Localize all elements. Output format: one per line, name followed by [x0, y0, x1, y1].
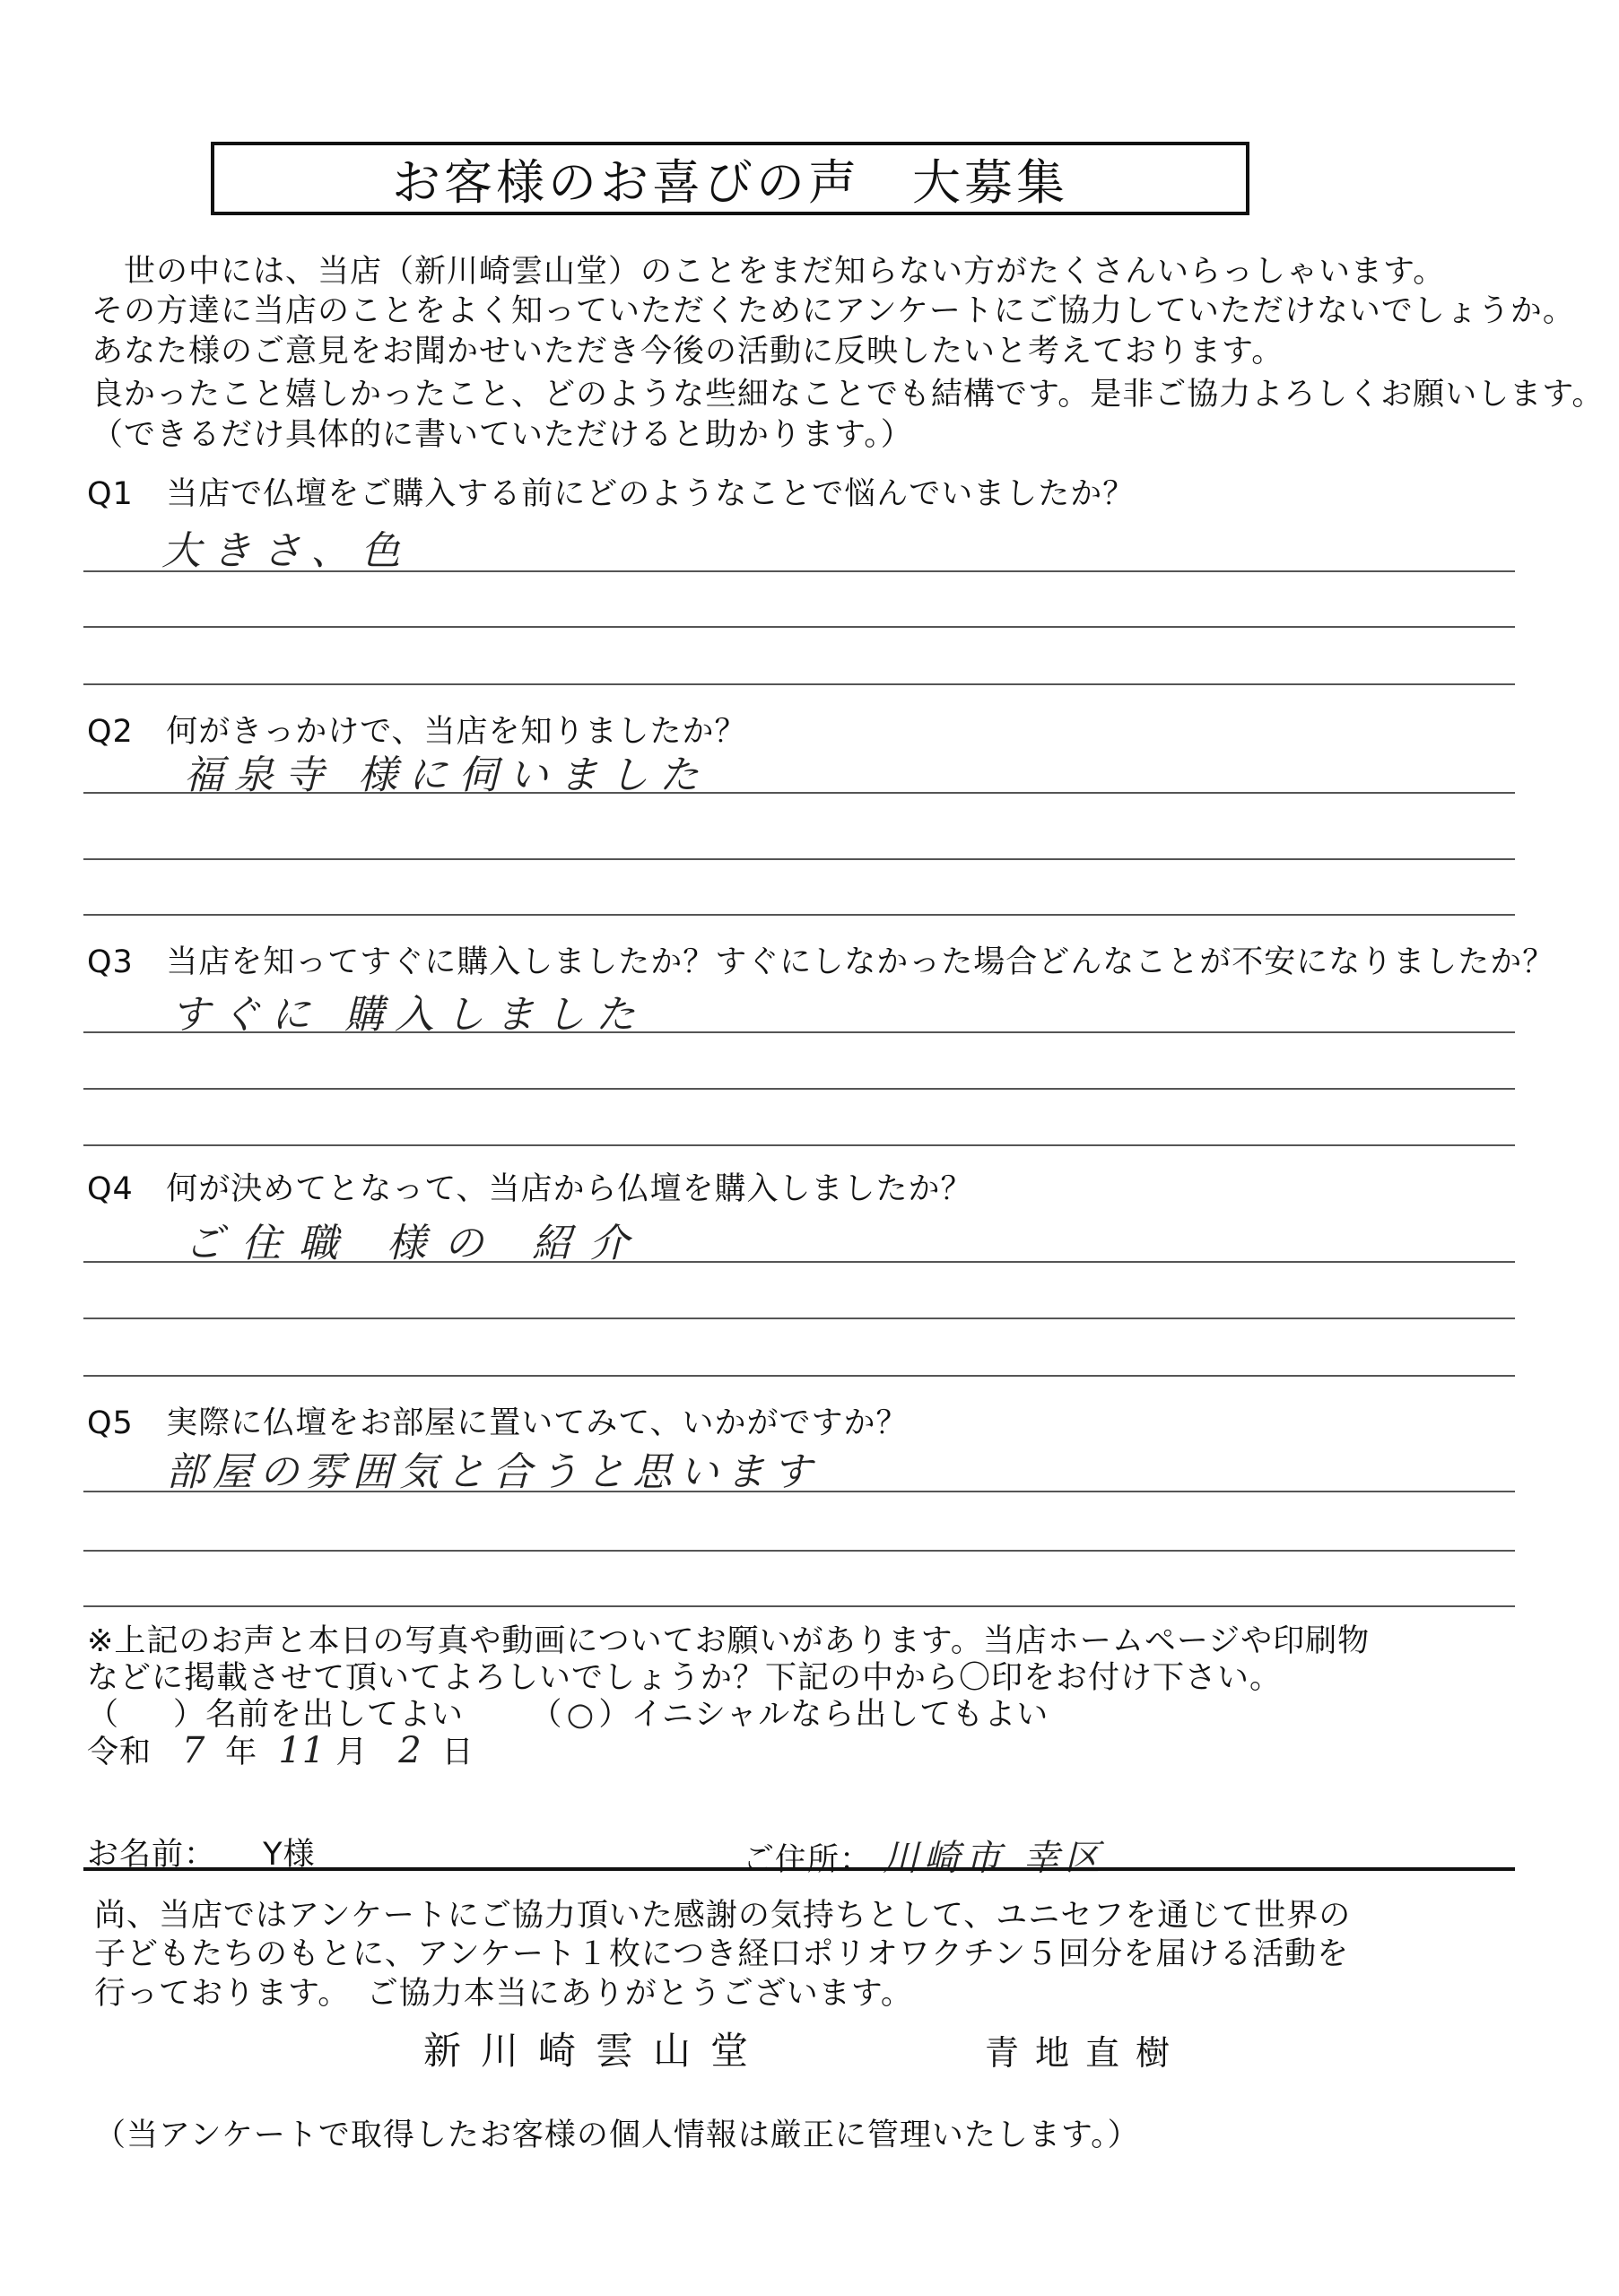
date-month[interactable]: 11 [268, 1730, 335, 1771]
date-year-unit: 年 [225, 1735, 257, 1770]
intro-line-5: （できるだけ具体的に書いていただけると助かります。） [91, 415, 913, 456]
consent-initial-mark[interactable]: ○ [562, 1697, 598, 1733]
answer-line [83, 792, 1515, 794]
date-month-unit: 月 [335, 1735, 368, 1770]
title-box: お客様のお喜びの声 大募集 [211, 142, 1249, 215]
intro-line-4: 良かったこと嬉しかったこと、どのような些細なことでも結構です。是非ご協力よろしく… [91, 375, 1604, 415]
question-number: Q5 [87, 1405, 134, 1441]
question-1: Q1 当店で仏壇をご購入する前にどのようなことで悩んでいましたか？ [87, 469, 1135, 514]
date-day-unit: 日 [441, 1735, 474, 1770]
date-day[interactable]: 2 [379, 1730, 441, 1771]
answer-line [83, 1375, 1515, 1377]
answer-line [83, 1318, 1515, 1319]
answer-5[interactable]: 部屋の雰囲気と合うと思います [166, 1439, 819, 1497]
consent-option-initial[interactable]: （○）イニシャルなら出してもよい [530, 1697, 1049, 1733]
date-line: 令和 7年 11月 2日 [87, 1727, 474, 1772]
intro-line-1: 世の中には、当店（新川崎雲山堂）のことをまだ知らない方がたくさんいらっしゃいます… [91, 252, 1445, 292]
answer-line [83, 1261, 1515, 1263]
signer-name: 青地直樹 [985, 2025, 1186, 2074]
address-label: ご住所： [743, 1842, 872, 1878]
shop-name: 新川崎雲山堂 [423, 2022, 768, 2075]
question-number: Q1 [87, 476, 134, 512]
privacy-note: （当アンケートで取得したお客様の個人情報は厳正に管理いたします。） [94, 2110, 1140, 2155]
answer-line [83, 1605, 1515, 1607]
question-number: Q2 [87, 714, 134, 750]
answer-line [83, 570, 1515, 572]
answer-line [83, 1144, 1515, 1146]
question-4: Q4 何が決めてとなって、当店から仏壇を購入しましたか？ [87, 1164, 973, 1209]
date-era: 令和 [87, 1735, 152, 1770]
question-text: 実際に仏壇をお部屋に置いてみて、いかがですか？ [166, 1405, 908, 1441]
question-3: Q3 当店を知ってすぐに購入しましたか？すぐにしなかった場合どんなことが不安にな… [87, 937, 1554, 982]
closing-line-3: 行っております。 ご協力本当にありがとうございます。 [94, 1969, 913, 2013]
answer-line [83, 858, 1515, 860]
answer-line [83, 914, 1515, 916]
answer-line [83, 683, 1515, 685]
page-title: お客様のお喜びの声 大募集 [392, 144, 1068, 213]
answer-line [83, 1550, 1515, 1552]
answer-line [83, 1088, 1515, 1090]
question-number: Q4 [87, 1171, 134, 1207]
question-text: 当店で仏壇をご購入する前にどのようなことで悩んでいましたか？ [166, 476, 1135, 512]
answer-line [83, 1491, 1515, 1492]
answer-4[interactable]: ご住職 様の 紹介 [184, 1211, 647, 1268]
intro-line-3: あなた様のご意見をお聞かせいただき今後の活動に反映したいと考えております。 [91, 332, 1284, 372]
address-value[interactable]: 川崎市 幸区 [883, 1838, 1106, 1879]
consent-initial-label: イニシャルなら出してもよい [631, 1697, 1049, 1733]
closing-line-2: 子どもたちのもとに、アンケート１枚につき経口ポリオワクチン５回分を届ける活動を [94, 1929, 1349, 1974]
answer-line [83, 1031, 1515, 1033]
question-text: 何が決めてとなって、当店から仏壇を購入しましたか？ [166, 1171, 972, 1207]
question-text: 当店を知ってすぐに購入しましたか？すぐにしなかった場合どんなことが不安になりまし… [166, 944, 1554, 980]
name-address-underline [83, 1867, 1515, 1871]
answer-1[interactable]: 大きさ、色 [161, 518, 411, 576]
question-number: Q3 [87, 944, 134, 980]
answer-line [83, 626, 1515, 628]
address-field: ご住所： 川崎市 幸区 [743, 1830, 1106, 1881]
date-year[interactable]: 7 [162, 1730, 225, 1771]
question-5: Q5 実際に仏壇をお部屋に置いてみて、いかがですか？ [87, 1398, 909, 1443]
intro-line-2: その方達に当店のことをよく知っていただくためにアンケートにご協力していただけない… [91, 291, 1575, 332]
